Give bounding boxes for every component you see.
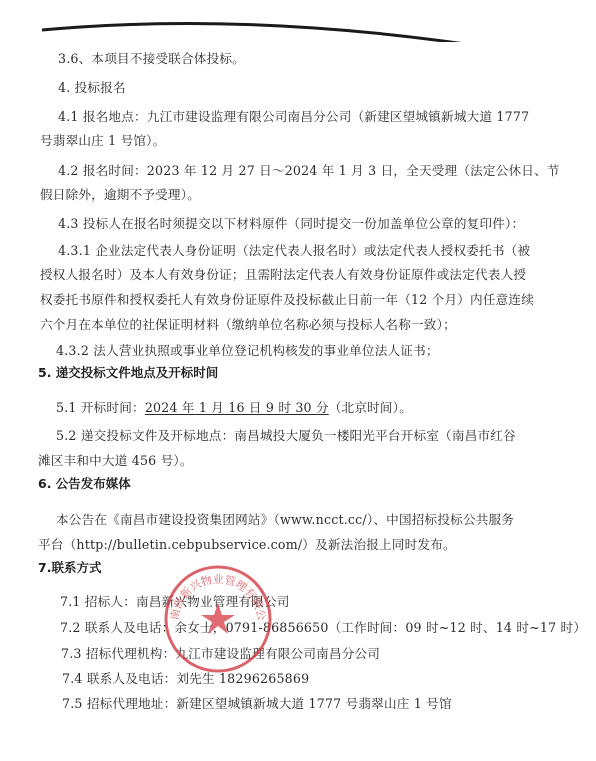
header-rule (40, 12, 470, 42)
clause-4-1-line1: 4.1 报名地点：九江市建设监理有限公司南昌分公司（新建区望城镇新城大道 177… (58, 106, 529, 125)
clause-4-3-1-line3: 权委托书原件和授权委托人有效身份证原件及投标截止日前一年（12 个月）内任意连续 (40, 289, 534, 308)
clause-4-2-line1: 4.2 报名时间：2023 年 12 月 27 日～2024 年 1 月 3 日… (58, 160, 560, 179)
clause-6-line2: 平台（http://bulletin.cebpubservice.com/）及新… (38, 534, 456, 553)
opening-time-suffix: （北京时间）。 (329, 400, 412, 415)
clause-4-1-line2: 号翡翠山庄 1 号馆）。 (40, 130, 165, 149)
opening-time-label: 5.1 开标时间： (56, 400, 145, 415)
section-4-title: 4. 投标报名 (58, 77, 126, 96)
clause-7-4: 7.4 联系人及电话：刘先生 18296265869 (62, 668, 309, 687)
clause-6-line1: 本公告在《南昌市建设投资集团网站》（www.ncct.cc/）、中国招标投标公共… (56, 509, 514, 528)
clause-4-3-1-line1: 4.3.1 企业法定代表人身份证明（法定代表人报名时）或法定代表人授权委托书（被 (58, 240, 530, 259)
clause-4-3-2: 4.3.2 法人营业执照或事业单位登记机构核发的事业单位法人证书； (56, 340, 439, 359)
clause-4-3-1-line2: 授权人报名时）及本人有效身份证；且需附法定代表人有效身份证原件或法定代表人授 (40, 264, 526, 283)
clause-4-3: 4.3 投标人在报名时须提交以下材料原件（同时提交一份加盖单位公章的复印件）： (58, 213, 524, 232)
clause-5-2-line1: 5.2 递交投标文件及开标地点：南昌城投大厦负一楼阳光平台开标室（南昌市红谷 (56, 425, 516, 444)
clause-7-5: 7.5 招标代理地址：新建区望城镇新城大道 1777 号翡翠山庄 1 号馆 (62, 693, 452, 712)
clause-4-3-1-line4: 六个月在本单位的社保证明材料（缴纳单位名称必须与投标人名称一致）； (40, 314, 456, 333)
clause-5-2-line2: 滩区丰和中大道 456 号）。 (38, 450, 193, 469)
section-5-title: 5. 递交投标文件地点及开标时间 (38, 363, 218, 381)
section-6-title: 6. 公告发布媒体 (38, 474, 131, 492)
clause-3-6: 3.6、本项目不接受联合体投标。 (58, 48, 245, 67)
clause-4-2-line2: 假日除外，逾期不予受理）。 (40, 184, 200, 203)
clause-7-1: 7.1 招标人：南昌新兴物业管理有限公司 (60, 591, 290, 610)
section-7-title: 7.联系方式 (38, 558, 101, 576)
clause-7-2: 7.2 联系人及电话：余女士，0791-86856650（工作时间：09 时~1… (60, 617, 586, 636)
clause-7-3: 7.3 招标代理机构：九江市建设监理有限公司南昌分公司 (61, 643, 380, 662)
opening-time-value: 2024 年 1 月 16 日 9 时 30 分 (145, 400, 329, 415)
clause-5-1: 5.1 开标时间：2024 年 1 月 16 日 9 时 30 分（北京时间）。 (56, 397, 412, 416)
